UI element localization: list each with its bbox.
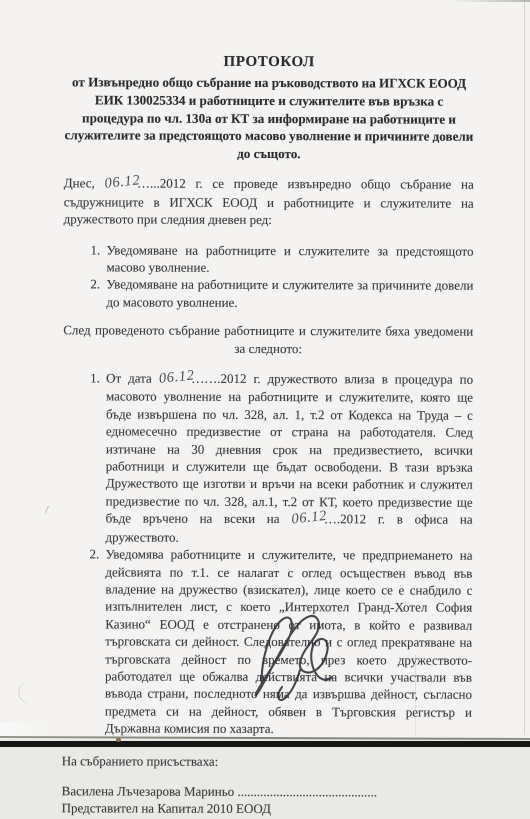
points-list: От дата 06.12…….2012 г. дружеството влиз… [62,369,473,738]
agenda-item: Уведомяване на работниците и служителите… [103,241,473,277]
after-meeting-paragraph: След проведеното събрание работниците и … [63,322,473,358]
agenda-item-text: Уведомяване на работниците и служителите… [106,277,473,310]
handwritten-date: 06.12 [158,367,195,388]
point-text-mid: …….2012 г. дружеството влиза в процедура… [106,371,474,527]
point-text: Уведомява работниците и служителите, че … [105,547,473,737]
handwritten-date: 06.12 [103,173,140,194]
agenda-item-text: Уведомяване на работниците и служителите… [106,242,473,275]
intro-paragraph: Днес, 06.12…...2012 г. се проведе извънр… [64,175,474,230]
point-item: Уведомява работниците и служителите, че … [102,546,473,739]
scanned-document-page: ПРОТОКОЛ от Извънредно общо събрание на … [0,0,530,747]
intro-text-pre: Днес, [64,176,105,191]
agenda-list: Уведомяване на работниците и служителите… [63,241,473,312]
point-text-pre: От дата [106,370,159,385]
document-subtitle: от Извънредно общо събрание на ръководст… [64,74,474,163]
handwritten-date: 06.12 [290,508,327,529]
document-content: ПРОТОКОЛ от Извънредно общо събрание на … [0,0,530,747]
point-item: От дата 06.12…….2012 г. дружеството влиз… [103,369,474,546]
agenda-item: Уведомяване на работниците и служителите… [103,276,473,312]
document-title: ПРОТОКОЛ [64,53,474,72]
